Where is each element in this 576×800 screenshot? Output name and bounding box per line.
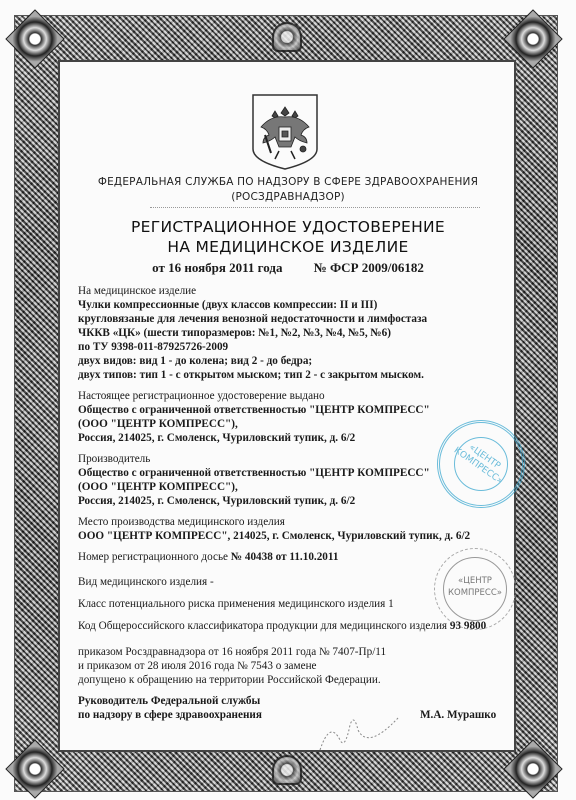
device-line: Чулки компрессионные (двух классов компр… xyxy=(78,298,377,312)
coat-of-arms-icon xyxy=(249,91,321,173)
manufacturer-line: (ООО "ЦЕНТР КОМПРЕСС"), xyxy=(78,480,238,494)
issued-to-line: (ООО "ЦЕНТР КОМПРЕСС"), xyxy=(78,417,238,431)
seal-text-line: «ЦЕНТР xyxy=(435,575,515,587)
device-line: по ТУ 9398-011-87925726-2009 xyxy=(78,340,228,354)
agency-name: ФЕДЕРАЛЬНАЯ СЛУЖБА ПО НАДЗОРУ В СФЕРЕ ЗД… xyxy=(0,176,576,188)
okp-code: Код Общероссийского классификатора проду… xyxy=(78,619,486,633)
divider xyxy=(150,207,480,208)
risk-class-value: 1 xyxy=(388,598,394,610)
issued-to-label: Настоящее регистрационное удостоверение … xyxy=(78,389,325,403)
device-label: На медицинское изделие xyxy=(78,284,196,298)
issued-to-line: Общество с ограниченной ответственностью… xyxy=(78,403,430,417)
faded-seal-stamp: «ЦЕНТР КОМПРЕСС» xyxy=(434,548,516,630)
production-site-value: ООО "ЦЕНТР КОМПРЕСС", 214025, г. Смоленс… xyxy=(78,529,470,543)
document-subtitle: НА МЕДИЦИНСКОЕ ИЗДЕЛИЕ xyxy=(0,238,576,256)
device-line: ЧККВ «ЦК» (шести типоразмеров: №1, №2, №… xyxy=(78,326,391,340)
signatory-title: Руководитель Федеральной службы xyxy=(78,694,260,708)
signature xyxy=(300,700,410,760)
certificate-number: № ФСР 2009/06182 xyxy=(314,260,424,275)
issued-to-line: Россия, 214025, г. Смоленск, Чуриловский… xyxy=(78,431,355,445)
order-line: допущено к обращению на территории Росси… xyxy=(78,673,381,687)
company-seal-stamp: «ЦЕНТР КОМПРЕСС» xyxy=(437,420,525,508)
signatory-name: М.А. Мурашко xyxy=(420,708,496,722)
border-center-ornament xyxy=(272,755,302,785)
border-center-ornament xyxy=(272,22,302,52)
dossier-number: Номер регистрационного досье № 40438 от … xyxy=(78,550,338,564)
manufacturer-line: Общество с ограниченной ответственностью… xyxy=(78,466,430,480)
order-line: приказом Росздравнадзора от 16 ноября 20… xyxy=(78,645,386,659)
device-line: кругловязаные для лечения венозной недос… xyxy=(78,312,427,326)
seal-text-line: КОМПРЕСС» xyxy=(435,587,515,599)
agency-short-name: (РОСЗДРАВНАДЗОР) xyxy=(0,191,576,203)
risk-class: Класс потенциального риска применения ме… xyxy=(78,597,394,611)
order-line: и приказом от 28 июля 2016 года № 7543 о… xyxy=(78,659,317,673)
dossier-value: № 40438 от 11.10.2011 xyxy=(231,551,339,563)
manufacturer-label: Производитель xyxy=(78,452,150,466)
production-site-label: Место производства медицинского изделия xyxy=(78,515,285,529)
dossier-label: Номер регистрационного досье xyxy=(78,551,231,563)
manufacturer-line: Россия, 214025, г. Смоленск, Чуриловский… xyxy=(78,494,355,508)
signatory-title: по надзору в сфере здравоохранения xyxy=(78,708,262,722)
certificate-date: от 16 ноября 2011 года xyxy=(152,260,282,275)
seal-text: «ЦЕНТР КОМПРЕСС» xyxy=(435,575,515,599)
device-kind: Вид медицинского изделия - xyxy=(78,575,214,589)
certificate-date-number: от 16 ноября 2011 года № ФСР 2009/06182 xyxy=(0,260,576,276)
device-line: двух видов: вид 1 - до колена; вид 2 - д… xyxy=(78,354,312,368)
document-title: РЕГИСТРАЦИОННОЕ УДОСТОВЕРЕНИЕ xyxy=(0,218,576,236)
device-line: двух типов: тип 1 - с открытом мыском; т… xyxy=(78,368,424,382)
risk-class-label: Класс потенциального риска применения ме… xyxy=(78,598,388,610)
okp-code-label: Код Общероссийского классификатора проду… xyxy=(78,620,450,632)
